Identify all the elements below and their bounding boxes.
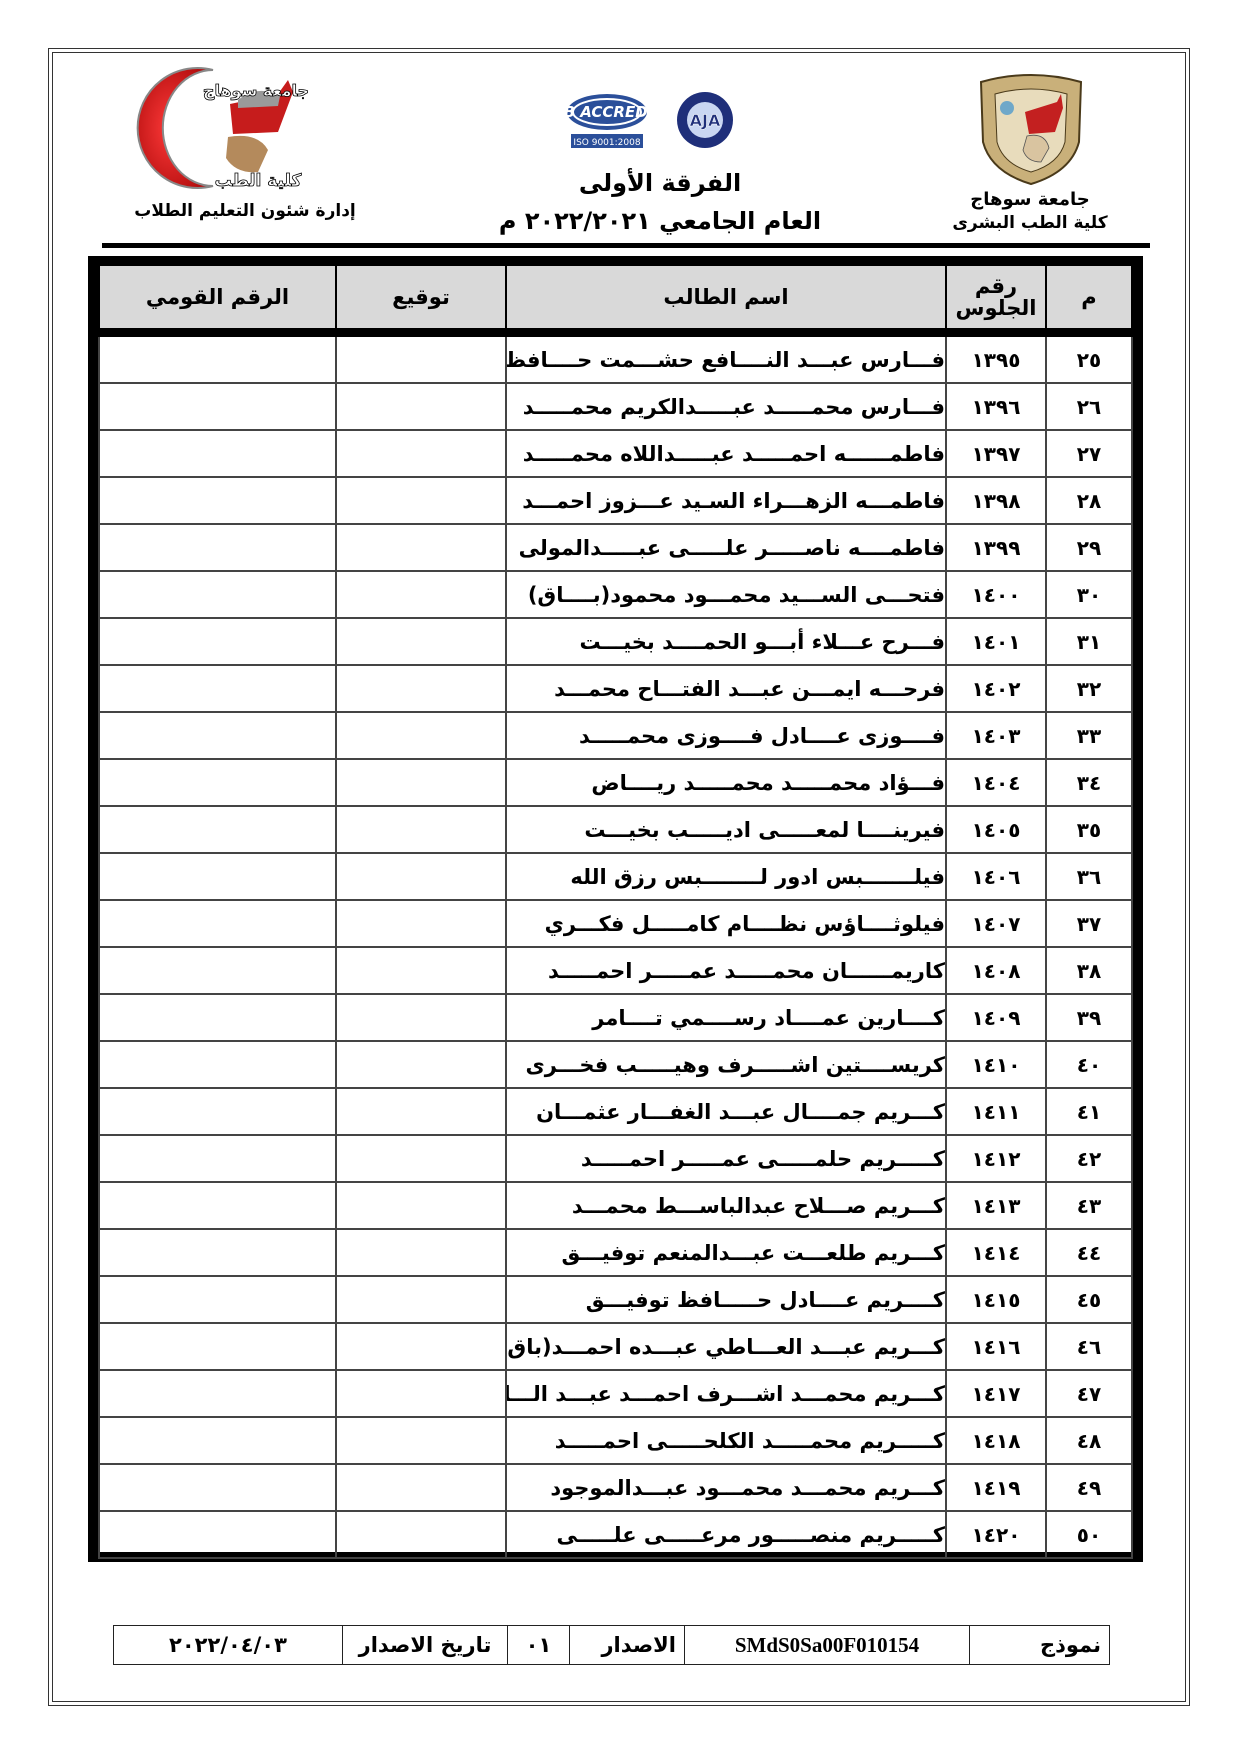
national-id-cell[interactable]	[99, 665, 336, 712]
row-index: ٢٩	[1046, 524, 1132, 571]
table-row: ٣٩١٤٠٩كــــارين عمــــاد رســــمي تــــا…	[99, 994, 1132, 1041]
seat-number: ١٣٩٨	[946, 477, 1046, 524]
table-header-row: م رقم الجلوس اسم الطالب توقيع الرقم القو…	[99, 266, 1132, 333]
signature-cell[interactable]	[336, 1370, 506, 1417]
table-row: ٤٨١٤١٨كـــــريم محمـــــد الكلحـــــى اح…	[99, 1417, 1132, 1464]
signature-cell[interactable]	[336, 712, 506, 759]
row-index: ٤٤	[1046, 1229, 1132, 1276]
national-id-cell[interactable]	[99, 1276, 336, 1323]
table-row: ٤٢١٤١٢كـــــريم حلمـــــى عمـــــر احمــ…	[99, 1135, 1132, 1182]
seat-number: ١٤١٦	[946, 1323, 1046, 1370]
seat-number: ١٣٩٩	[946, 524, 1046, 571]
seat-number: ١٤١٥	[946, 1276, 1046, 1323]
national-id-cell[interactable]	[99, 806, 336, 853]
faculty-name: كلية الطب البشرى	[950, 214, 1110, 233]
national-id-cell[interactable]	[99, 1135, 336, 1182]
table-row: ٢٥١٣٩٥فـــارس عبـــد النــــافع حشـــمت …	[99, 333, 1132, 384]
student-name: فـــارس محمـــــد عبـــــدالكريم محمــــ…	[506, 383, 946, 430]
row-index: ٣٥	[1046, 806, 1132, 853]
student-name: كـــريم طلعـــت عبـــدالمنعم توفيـــق	[506, 1229, 946, 1276]
national-id-cell[interactable]	[99, 1182, 336, 1229]
student-name: فيلوثــــاؤس نظــــام كامـــــل فكـــري	[506, 900, 946, 947]
signature-cell[interactable]	[336, 1276, 506, 1323]
seat-number: ١٣٩٥	[946, 333, 1046, 384]
signature-cell[interactable]	[336, 665, 506, 712]
seat-number: ١٤١٠	[946, 1041, 1046, 1088]
table-row: ٢٩١٣٩٩فاطمــــه ناصـــــر علـــــى عبـــ…	[99, 524, 1132, 571]
signature-cell[interactable]	[336, 430, 506, 477]
national-id-cell[interactable]	[99, 1370, 336, 1417]
national-id-cell[interactable]	[99, 1464, 336, 1511]
student-name: فيلـــــــبس ادور لــــــــبس رزق الله	[506, 853, 946, 900]
svg-text:AJA: AJA	[690, 111, 721, 130]
student-name: كـــريم جمــــال عبـــد الغفـــار عثمـــ…	[506, 1088, 946, 1135]
national-id-cell[interactable]	[99, 333, 336, 384]
national-id-cell[interactable]	[99, 477, 336, 524]
student-name: كـــريم صـــلاح عبدالباســـط محمـــد	[506, 1182, 946, 1229]
signature-cell[interactable]	[336, 333, 506, 384]
student-name: فاطمــــــه احمـــــد عبـــــداللاه محمـ…	[506, 430, 946, 477]
seat-number: ١٤٠٨	[946, 947, 1046, 994]
table-row: ٤٩١٤١٩كـــريم محمـــد محمـــود عبـــدالم…	[99, 1464, 1132, 1511]
signature-cell[interactable]	[336, 806, 506, 853]
form-code: SMdS0Sa00F010154	[685, 1626, 970, 1665]
row-index: ٤٧	[1046, 1370, 1132, 1417]
table-row: ٥٠١٤٢٠كـــــريم منصـــــور مرعـــــى علـ…	[99, 1511, 1132, 1558]
national-id-cell[interactable]	[99, 1323, 336, 1370]
table-row: ٤٦١٤١٦كـــريم عبـــد العـــاطي عبـــده ا…	[99, 1323, 1132, 1370]
seat-number: ١٤٠١	[946, 618, 1046, 665]
form-footer: نموذج SMdS0Sa00F010154 الاصدار ٠١ تاريخ …	[113, 1625, 1110, 1665]
table-row: ٣٧١٤٠٧فيلوثــــاؤس نظــــام كامـــــل فك…	[99, 900, 1132, 947]
student-name: كـــريم محمـــد محمـــود عبـــدالموجود	[506, 1464, 946, 1511]
signature-cell[interactable]	[336, 1229, 506, 1276]
seat-number: ١٤٠٦	[946, 853, 1046, 900]
signature-cell[interactable]	[336, 947, 506, 994]
svg-text:ANAB ACCREDITED: ANAB ACCREDITED	[565, 103, 686, 121]
seat-number: ١٤١٣	[946, 1182, 1046, 1229]
row-index: ٣٨	[1046, 947, 1132, 994]
issue-date-label: تاريخ الاصدار	[343, 1626, 508, 1665]
issue-value: ٠١	[508, 1626, 570, 1665]
table-row: ٤١١٤١١كـــريم جمــــال عبـــد الغفـــار …	[99, 1088, 1132, 1135]
seat-number: ١٤٠٣	[946, 712, 1046, 759]
national-id-cell[interactable]	[99, 994, 336, 1041]
row-index: ٢٥	[1046, 333, 1132, 384]
national-id-cell[interactable]	[99, 383, 336, 430]
accreditation-logos: ANAB ACCREDITED ISO 9001:2008 AJA	[565, 90, 755, 150]
table-row: ٣٠١٤٠٠فتحـــى الســـيد محمـــود محمود(بـ…	[99, 571, 1132, 618]
signature-cell[interactable]	[336, 1417, 506, 1464]
signature-cell[interactable]	[336, 1135, 506, 1182]
table-row: ٤٣١٤١٣كـــريم صـــلاح عبدالباســـط محمــ…	[99, 1182, 1132, 1229]
row-index: ٤٠	[1046, 1041, 1132, 1088]
national-id-cell[interactable]	[99, 618, 336, 665]
student-name: فـــرح عـــلاء أبـــو الحمــــد بخيـــت	[506, 618, 946, 665]
signature-cell[interactable]	[336, 1041, 506, 1088]
seat-number: ١٤١٨	[946, 1417, 1046, 1464]
signature-cell[interactable]	[336, 477, 506, 524]
table-row: ٤٧١٤١٧كـــريم محمـــد اشـــرف احمـــد عب…	[99, 1370, 1132, 1417]
row-index: ٣١	[1046, 618, 1132, 665]
national-id-cell[interactable]	[99, 712, 336, 759]
student-list-table: م رقم الجلوس اسم الطالب توقيع الرقم القو…	[88, 256, 1143, 1562]
student-name: فيرينــــا لمعـــــى اديـــــب بخيـــت	[506, 806, 946, 853]
header-rule	[102, 243, 1150, 248]
table-row: ٣٢١٤٠٢فرحـــه ايمـــن عبـــد الفتـــاح م…	[99, 665, 1132, 712]
form-label: نموذج	[970, 1626, 1110, 1665]
student-name: فتحـــى الســـيد محمـــود محمود(بــــاق)	[506, 571, 946, 618]
seat-number: ١٤٠٤	[946, 759, 1046, 806]
signature-cell[interactable]	[336, 1182, 506, 1229]
national-id-cell[interactable]	[99, 1088, 336, 1135]
national-id-cell[interactable]	[99, 1041, 336, 1088]
student-name: كـــــريم منصـــــور مرعـــــى علـــــى	[506, 1511, 946, 1558]
signature-cell[interactable]	[336, 1511, 506, 1558]
svg-text:كلية الطب: كلية الطب	[215, 171, 302, 191]
table-row: ٣٥١٤٠٥فيرينــــا لمعـــــى اديـــــب بخي…	[99, 806, 1132, 853]
row-index: ٣٣	[1046, 712, 1132, 759]
signature-cell[interactable]	[336, 1464, 506, 1511]
student-name: كـــــريم حلمـــــى عمـــــر احمـــــد	[506, 1135, 946, 1182]
row-index: ٣٩	[1046, 994, 1132, 1041]
signature-cell[interactable]	[336, 1088, 506, 1135]
national-id-cell[interactable]	[99, 900, 336, 947]
national-id-cell[interactable]	[99, 947, 336, 994]
signature-cell[interactable]	[336, 1323, 506, 1370]
class-title: الفرقة الأولى	[520, 170, 800, 196]
table-row: ٤٥١٤١٥كــــريم عــــادل حـــــافظ توفيــ…	[99, 1276, 1132, 1323]
signature-cell[interactable]	[336, 994, 506, 1041]
national-id-cell[interactable]	[99, 853, 336, 900]
row-index: ٣٧	[1046, 900, 1132, 947]
signature-cell[interactable]	[336, 571, 506, 618]
student-name: كريســــتين اشـــــرف وهيـــــب فخـــرى	[506, 1041, 946, 1088]
signature-cell[interactable]	[336, 524, 506, 571]
row-index: ٢٨	[1046, 477, 1132, 524]
table-row: ٣١١٤٠١فـــرح عـــلاء أبـــو الحمــــد بخ…	[99, 618, 1132, 665]
signature-cell[interactable]	[336, 900, 506, 947]
col-national-id-header: الرقم القومي	[99, 266, 336, 333]
student-name: كــــارين عمــــاد رســــمي تــــامر	[506, 994, 946, 1041]
row-index: ٤٩	[1046, 1464, 1132, 1511]
student-name: فاطمــــه ناصـــــر علـــــى عبـــــدالم…	[506, 524, 946, 571]
table-row: ٢٦١٣٩٦فـــارس محمـــــد عبـــــدالكريم م…	[99, 383, 1132, 430]
signature-cell[interactable]	[336, 853, 506, 900]
seat-number: ١٤١٩	[946, 1464, 1046, 1511]
row-index: ٤١	[1046, 1088, 1132, 1135]
seat-number: ١٤٠٩	[946, 994, 1046, 1041]
seat-number: ١٤١١	[946, 1088, 1046, 1135]
row-index: ٤٨	[1046, 1417, 1132, 1464]
row-index: ٣٠	[1046, 571, 1132, 618]
table-row: ٣٤١٤٠٤فـــؤاد محمـــــد محمـــــد ريــــ…	[99, 759, 1132, 806]
signature-cell[interactable]	[336, 759, 506, 806]
seat-number: ١٣٩٦	[946, 383, 1046, 430]
seat-number: ١٣٩٧	[946, 430, 1046, 477]
student-name: فـــارس عبـــد النــــافع حشـــمت حــــا…	[506, 333, 946, 384]
table-row: ٣٦١٤٠٦فيلـــــــبس ادور لــــــــبس رزق …	[99, 853, 1132, 900]
row-index: ٥٠	[1046, 1511, 1132, 1558]
row-index: ٣٤	[1046, 759, 1132, 806]
col-student-name-header: اسم الطالب	[506, 266, 946, 333]
row-index: ٢٧	[1046, 430, 1132, 477]
national-id-cell[interactable]	[99, 1511, 336, 1558]
seat-number: ١٤٠٠	[946, 571, 1046, 618]
row-index: ٤٢	[1046, 1135, 1132, 1182]
national-id-cell[interactable]	[99, 1229, 336, 1276]
seat-number: ١٤٢٠	[946, 1511, 1046, 1558]
signature-cell[interactable]	[336, 618, 506, 665]
row-index: ٤٦	[1046, 1323, 1132, 1370]
student-name: فرحـــه ايمـــن عبـــد الفتـــاح محمـــد	[506, 665, 946, 712]
student-affairs-caption: إدارة شئون التعليم الطلاب	[130, 202, 360, 221]
col-seat-number-header: رقم الجلوس	[946, 266, 1046, 333]
issue-label: الاصدار	[570, 1626, 685, 1665]
signature-cell[interactable]	[336, 383, 506, 430]
issue-date-value: ٢٠٢٢/٠٤/٠٣	[114, 1626, 343, 1665]
national-id-cell[interactable]	[99, 524, 336, 571]
col-index-header: م	[1046, 266, 1132, 333]
student-name: فــــوزى عــــادل فــــوزى محمـــــد	[506, 712, 946, 759]
student-name: كـــريم عبـــد العـــاطي عبـــده احمـــد…	[506, 1323, 946, 1370]
student-name: فـــؤاد محمـــــد محمـــــد ريــــاض	[506, 759, 946, 806]
seat-number: ١٤١٧	[946, 1370, 1046, 1417]
student-name: كـــــريم محمـــــد الكلحـــــى احمـــــ…	[506, 1417, 946, 1464]
seat-number: ١٤٠٥	[946, 806, 1046, 853]
seat-number: ١٤٠٢	[946, 665, 1046, 712]
row-index: ٢٦	[1046, 383, 1132, 430]
national-id-cell[interactable]	[99, 1417, 336, 1464]
table-row: ٢٨١٣٩٨فاطمـــه الزهـــراء السـيد عـــزوز…	[99, 477, 1132, 524]
seat-number: ١٤١٤	[946, 1229, 1046, 1276]
row-index: ٣٢	[1046, 665, 1132, 712]
student-name: كـــريم محمـــد اشـــرف احمـــد عبـــد ا…	[506, 1370, 946, 1417]
table-row: ٣٣١٤٠٣فــــوزى عــــادل فــــوزى محمــــ…	[99, 712, 1132, 759]
table-row: ٤٤١٤١٤كـــريم طلعـــت عبـــدالمنعم توفيـ…	[99, 1229, 1132, 1276]
svg-text:جامعة سوهاج: جامعة سوهاج	[203, 81, 308, 100]
student-name: كاريمــــــان محمـــــد عمـــــر احمــــ…	[506, 947, 946, 994]
national-id-cell[interactable]	[99, 571, 336, 618]
table-row: ٢٧١٣٩٧فاطمــــــه احمـــــد عبـــــداللا…	[99, 430, 1132, 477]
university-name: جامعة سوهاج	[950, 190, 1110, 210]
sohag-university-emblem	[975, 72, 1087, 187]
academic-year: العام الجامعي ٢٠٢٢/٢٠٢١ م	[470, 208, 850, 234]
seat-number: ١٤٠٧	[946, 900, 1046, 947]
table-row: ٣٨١٤٠٨كاريمــــــان محمـــــد عمـــــر ا…	[99, 947, 1132, 994]
faculty-medicine-logo: جامعة سوهاج كلية الطب	[118, 62, 308, 192]
national-id-cell[interactable]	[99, 430, 336, 477]
student-name: فاطمـــه الزهـــراء السـيد عـــزوز احمــ…	[506, 477, 946, 524]
svg-text:ISO 9001:2008: ISO 9001:2008	[573, 138, 640, 148]
student-name: كــــريم عــــادل حـــــافظ توفيـــق	[506, 1276, 946, 1323]
national-id-cell[interactable]	[99, 759, 336, 806]
col-signature-header: توقيع	[336, 266, 506, 333]
row-index: ٤٥	[1046, 1276, 1132, 1323]
seat-number: ١٤١٢	[946, 1135, 1046, 1182]
row-index: ٣٦	[1046, 853, 1132, 900]
table-row: ٤٠١٤١٠كريســــتين اشـــــرف وهيـــــب فخ…	[99, 1041, 1132, 1088]
row-index: ٤٣	[1046, 1182, 1132, 1229]
